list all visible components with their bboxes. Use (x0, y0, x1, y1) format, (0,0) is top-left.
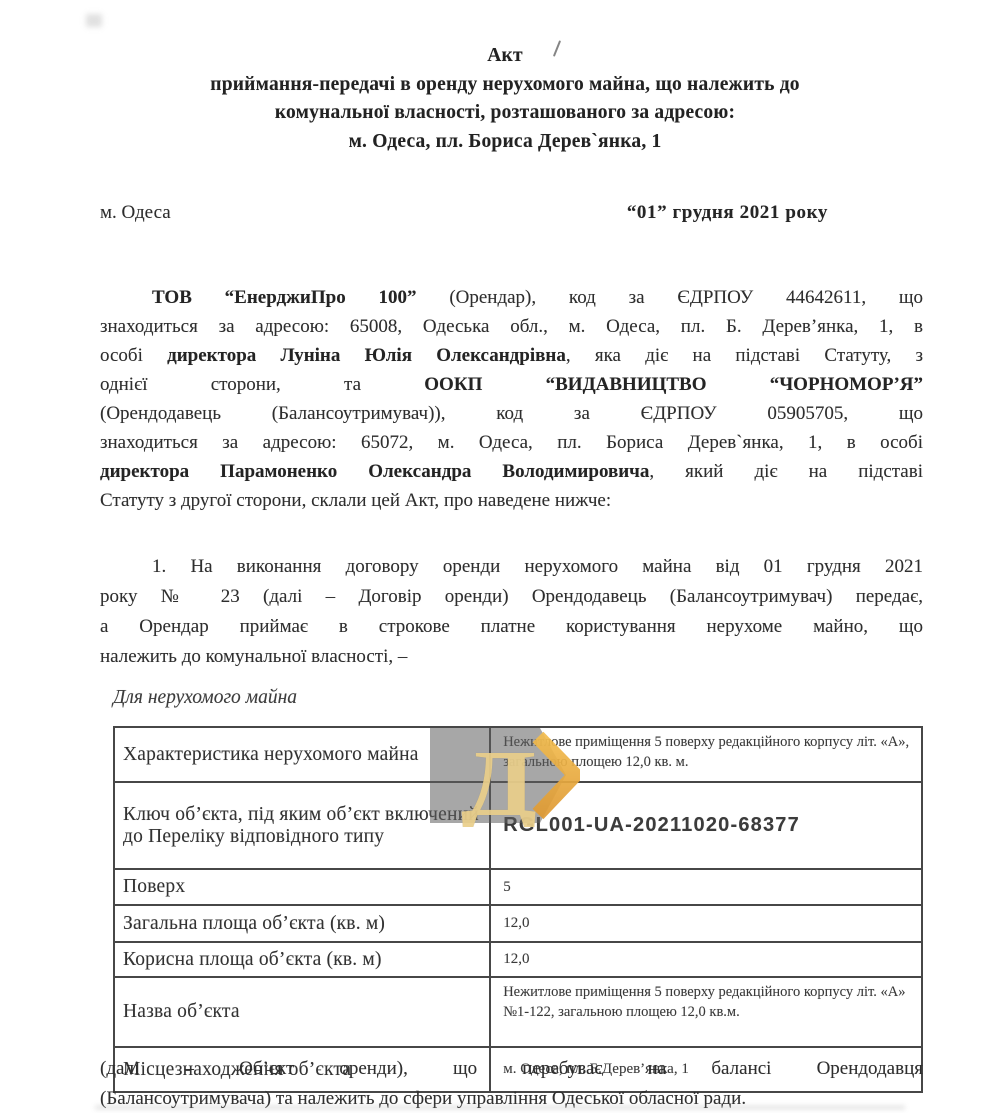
scan-artifact (86, 14, 102, 27)
scan-artifact (95, 1105, 905, 1110)
text-segment: , яка діє на підставі Статуту, з (566, 345, 923, 366)
row-value: 12,0 (490, 942, 922, 977)
paragraph-line: однієї сторони, та ООКП “ВИДАВНИЦТВО “ЧО… (100, 370, 923, 399)
row-label: Корисна площа об’єкта (кв. м) (114, 942, 490, 977)
paragraph-line: знаходиться за адресою: 65072, м. Одеса,… (100, 428, 923, 457)
table-row: Поверх 5 (114, 869, 922, 905)
text-segment: однієї сторони, та (100, 374, 424, 395)
text-segment: (Орендар), код за ЄДРПОУ 44642611, що (449, 287, 923, 308)
title-line: комунальної власності, розташованого за … (95, 99, 915, 128)
row-label: Загальна площа об’єкта (кв. м) (114, 905, 490, 942)
row-value: Нежитлове приміщення 5 поверху редакційн… (490, 977, 922, 1047)
text-segment: , який діє на підставі (649, 461, 923, 482)
text-segment: директора Парамоненко Олександра Володим… (100, 461, 649, 482)
dumskaya-watermark: Д (425, 722, 580, 827)
date-label: “01” грудня 2021 року (627, 202, 828, 224)
text-segment: (Орендодавець (Балансоутримувач)), код з… (100, 403, 923, 424)
text-segment: ООКП “ВИДАВНИЦТВО “ЧОРНОМОР’Я” (424, 374, 923, 395)
paragraph-line: (Орендодавець (Балансоутримувач)), код з… (100, 399, 923, 428)
text-segment: ТОВ “ЕнерджиПро 100” (152, 287, 449, 308)
watermark-letter: Д (461, 732, 537, 827)
title-line: м. Одеса, пл. Бориса Дерев`янка, 1 (95, 128, 915, 157)
row-label: Поверх (114, 869, 490, 905)
text-segment: особі (100, 345, 167, 366)
paragraph-line: (далі – Об’єкт оренди), що перебуває на … (100, 1054, 923, 1084)
section-heading: Для нерухомого майна (113, 687, 297, 709)
table-row: Назва об’єкта Нежитлове приміщення 5 пов… (114, 977, 922, 1047)
paragraph-line: 1. На виконання договору оренди нерухомо… (100, 552, 923, 582)
row-value: 5 (490, 869, 922, 905)
item-1-paragraph: 1. На виконання договору оренди нерухомо… (100, 552, 923, 672)
paragraph-line: особі директора Луніна Юлія Олександрівн… (100, 341, 923, 370)
title-line: Акт (95, 42, 915, 71)
paragraph-line: ТОВ “ЕнерджиПро 100” (Орендар), код за Є… (100, 283, 923, 312)
table-row: Загальна площа об’єкта (кв. м) 12,0 (114, 905, 922, 942)
text-segment: Статуту з другої сторони, склали цей Акт… (100, 490, 611, 511)
paragraph-line: знаходиться за адресою: 65008, Одеська о… (100, 312, 923, 341)
text-segment: директора Луніна Юлія Олександрівна (167, 345, 566, 366)
row-value: 12,0 (490, 905, 922, 942)
scanned-document-page: Акт приймання-передачі в оренду нерухомо… (0, 0, 1000, 1113)
text-segment: знаходиться за адресою: 65008, Одеська о… (100, 316, 923, 337)
paragraph-line: Статуту з другої сторони, склали цей Акт… (100, 486, 923, 515)
row-label: Назва об’єкта (114, 977, 490, 1047)
place-date-row: м. Одеса “01” грудня 2021 року (100, 202, 925, 224)
document-title: Акт приймання-передачі в оренду нерухомо… (95, 42, 915, 156)
title-line: приймання-передачі в оренду нерухомого м… (95, 71, 915, 100)
text-segment: знаходиться за адресою: 65072, м. Одеса,… (100, 432, 923, 453)
place-label: м. Одеса (100, 202, 171, 224)
intro-paragraph: ТОВ “ЕнерджиПро 100” (Орендар), код за Є… (100, 283, 923, 515)
paragraph-line: належить до комунальної власності, – (100, 642, 923, 672)
paragraph-line: директора Парамоненко Олександра Володим… (100, 457, 923, 486)
paragraph-line: а Орендар приймає в строкове платне кори… (100, 612, 923, 642)
table-row: Корисна площа об’єкта (кв. м) 12,0 (114, 942, 922, 977)
paragraph-line: року № 23 (далі – Договір оренди) Орендо… (100, 582, 923, 612)
